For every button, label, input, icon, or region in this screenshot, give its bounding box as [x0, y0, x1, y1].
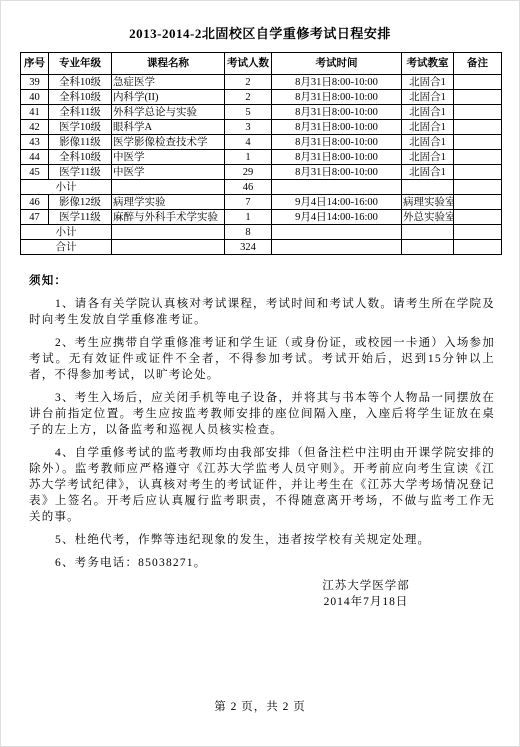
table-cell: 北固合1	[402, 150, 454, 165]
table-cell	[112, 240, 225, 255]
table-cell: 全科11级	[49, 105, 112, 120]
table-cell: 8	[225, 225, 272, 240]
table-cell: 2	[225, 90, 272, 105]
table-cell	[454, 195, 502, 210]
table-cell: 北固合1	[402, 90, 454, 105]
table-cell: 内科学(II)	[112, 90, 225, 105]
table-row: 47医学11级麻醉与外科手术学实验19月4日14:00-16:00外总实验室	[21, 210, 502, 225]
table-cell: 病理实验室	[402, 195, 454, 210]
table-cell: 8月31日8:00-10:00	[272, 75, 402, 90]
table-cell: 324	[225, 240, 272, 255]
column-header-1: 专业年级	[49, 53, 112, 75]
table-cell: 北固合1	[402, 105, 454, 120]
signature-date: 2014年7月18日	[291, 594, 441, 610]
column-header-2: 课程名称	[112, 53, 225, 75]
table-cell: 3	[225, 120, 272, 135]
table-cell	[402, 180, 454, 195]
table-cell: 北固合1	[402, 120, 454, 135]
table-cell	[272, 225, 402, 240]
table-row: 41全科11级外科学总论与实验58月31日8:00-10:00北固合1	[21, 105, 502, 120]
table-cell: 1	[225, 150, 272, 165]
table-cell: 4	[225, 135, 272, 150]
table-cell: 北固合1	[402, 165, 454, 180]
table-cell: 47	[21, 210, 49, 225]
table-cell	[112, 225, 225, 240]
table-cell: 中医学	[112, 150, 225, 165]
table-cell: 合计	[21, 240, 112, 255]
notes-heading: 须知：	[29, 273, 495, 289]
table-cell: 麻醉与外科手术学实验	[112, 210, 225, 225]
table-cell: 医学11级	[49, 210, 112, 225]
page-title: 2013-2014-2北固校区自学重修考试日程安排	[1, 1, 519, 42]
column-header-6: 备注	[454, 53, 502, 75]
page-number: 第 2 页，共 2 页	[1, 698, 519, 714]
note-paragraph: 4、自学重修考试的监考教师均由我部安排（但备注栏中注明由开课学院安排的除外）。监…	[29, 445, 495, 525]
table-header-row: 序号专业年级课程名称考试人数考试时间考试教室备注	[21, 53, 502, 75]
table-cell: 病理学实验	[112, 195, 225, 210]
table-cell: 8月31日8:00-10:00	[272, 120, 402, 135]
table-cell	[454, 105, 502, 120]
table-cell: 2	[225, 75, 272, 90]
table-cell: 影像12级	[49, 195, 112, 210]
note-paragraph: 2、考生应携带自学重修准考证和学生证（或身份证，或校园一卡通）入场参加考试。无有…	[29, 335, 495, 383]
table-cell: 小计	[21, 225, 112, 240]
table-cell	[402, 240, 454, 255]
document-page: 2013-2014-2北固校区自学重修考试日程安排 序号专业年级课程名称考试人数…	[0, 0, 520, 747]
table-cell: 8月31日8:00-10:00	[272, 90, 402, 105]
table-cell: 医学影像检查技术学	[112, 135, 225, 150]
table-cell	[454, 240, 502, 255]
table-cell	[454, 165, 502, 180]
table-cell	[272, 180, 402, 195]
note-paragraph: 1、请各有关学院认真核对考试课程，考试时间和考试人数。请考生所在学院及时向考生发…	[29, 296, 495, 328]
table-cell: 41	[21, 105, 49, 120]
table-cell: 45	[21, 165, 49, 180]
table-cell	[454, 150, 502, 165]
table-row: 39全科10级急症医学28月31日8:00-10:00北固合1	[21, 75, 502, 90]
signature-block: 江苏大学医学部 2014年7月18日	[291, 578, 441, 610]
notes-section: 须知： 1、请各有关学院认真核对考试课程，考试时间和考试人数。请考生所在学院及时…	[29, 273, 495, 571]
table-cell: 9月4日14:00-16:00	[272, 195, 402, 210]
table-cell	[272, 240, 402, 255]
table-row: 40全科10级内科学(II)28月31日8:00-10:00北固合1	[21, 90, 502, 105]
note-paragraph: 6、考务电话：85038271。	[29, 555, 495, 571]
table-cell: 46	[21, 195, 49, 210]
table-row: 小计8	[21, 225, 502, 240]
table-cell: 外总实验室	[402, 210, 454, 225]
table-row: 42医学10级眼科学A38月31日8:00-10:00北固合1	[21, 120, 502, 135]
table-cell: 北固合1	[402, 135, 454, 150]
column-header-5: 考试教室	[402, 53, 454, 75]
table-cell: 全科10级	[49, 150, 112, 165]
table-cell: 43	[21, 135, 49, 150]
signature-org: 江苏大学医学部	[291, 578, 441, 594]
table-cell: 全科10级	[49, 90, 112, 105]
table-cell: 44	[21, 150, 49, 165]
table-cell	[402, 225, 454, 240]
table-cell: 外科学总论与实验	[112, 105, 225, 120]
table-row: 合计324	[21, 240, 502, 255]
table-row: 43影像11级医学影像检查技术学48月31日8:00-10:00北固合1	[21, 135, 502, 150]
table-body: 39全科10级急症医学28月31日8:00-10:00北固合140全科10级内科…	[21, 75, 502, 255]
table-cell: 眼科学A	[112, 120, 225, 135]
table-cell: 医学11级	[49, 165, 112, 180]
table-cell	[454, 180, 502, 195]
column-header-4: 考试时间	[272, 53, 402, 75]
table-cell	[454, 225, 502, 240]
table-cell: 影像11级	[49, 135, 112, 150]
table-cell: 1	[225, 210, 272, 225]
table-cell: 小计	[21, 180, 112, 195]
table-cell: 29	[225, 165, 272, 180]
table-cell	[454, 120, 502, 135]
exam-schedule-table: 序号专业年级课程名称考试人数考试时间考试教室备注 39全科10级急症医学28月3…	[20, 52, 502, 255]
table-cell: 39	[21, 75, 49, 90]
table-cell: 42	[21, 120, 49, 135]
table-cell	[454, 75, 502, 90]
column-header-0: 序号	[21, 53, 49, 75]
table-cell: 8月31日8:00-10:00	[272, 150, 402, 165]
note-paragraph: 3、考生入场后，应关闭手机等电子设备，并将其与书本等个人物品一同摆放在讲台前指定…	[29, 390, 495, 438]
table-cell: 46	[225, 180, 272, 195]
table-cell: 急症医学	[112, 75, 225, 90]
table-cell	[454, 210, 502, 225]
table-row: 46影像12级病理学实验79月4日14:00-16:00病理实验室	[21, 195, 502, 210]
table-row: 小计46	[21, 180, 502, 195]
table-cell	[112, 180, 225, 195]
table-cell: 中医学	[112, 165, 225, 180]
notes-list: 1、请各有关学院认真核对考试课程，考试时间和考试人数。请考生所在学院及时向考生发…	[29, 296, 495, 571]
table-cell: 8月31日8:00-10:00	[272, 105, 402, 120]
table-row: 45医学11级中医学298月31日8:00-10:00北固合1	[21, 165, 502, 180]
table-cell: 7	[225, 195, 272, 210]
table-cell	[454, 135, 502, 150]
table-cell: 5	[225, 105, 272, 120]
note-paragraph: 5、杜绝代考，作弊等违纪现象的发生，违者按学校有关规定处理。	[29, 532, 495, 548]
table-cell: 医学10级	[49, 120, 112, 135]
table-cell: 全科10级	[49, 75, 112, 90]
table-cell	[454, 90, 502, 105]
table-cell: 北固合1	[402, 75, 454, 90]
column-header-3: 考试人数	[225, 53, 272, 75]
table-cell: 40	[21, 90, 49, 105]
table-cell: 8月31日8:00-10:00	[272, 135, 402, 150]
table-cell: 9月4日14:00-16:00	[272, 210, 402, 225]
table-row: 44全科10级中医学18月31日8:00-10:00北固合1	[21, 150, 502, 165]
table-cell: 8月31日8:00-10:00	[272, 165, 402, 180]
